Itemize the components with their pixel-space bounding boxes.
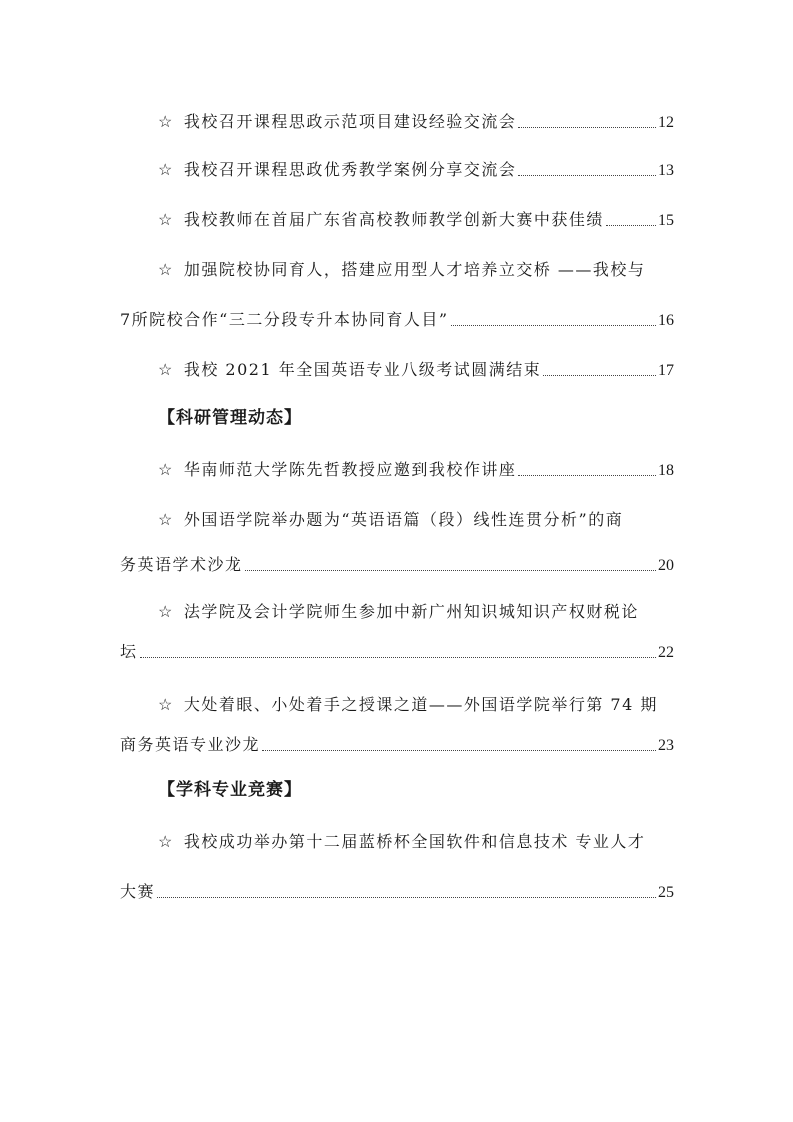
toc-entry[interactable]: ☆华南师范大学陈先哲教授应邀到我校作讲座 18 [158,450,674,480]
dot-leader [543,374,656,376]
dot-leader [245,569,656,571]
toc-entry-line-1[interactable]: ☆加强院校协同育人，搭建应用型人才培养立交桥 ——我校与 [158,250,674,280]
toc-page-number: 12 [658,114,674,132]
toc-page-number: 13 [658,162,674,180]
toc-entry[interactable]: ☆我校召开课程思政优秀教学案例分享交流会 13 [158,150,674,180]
star-bullet-icon: ☆ [158,260,174,279]
toc-entry[interactable]: ☆我校教师在首届广东省高校教师教学创新大赛中获佳绩 15 [158,200,674,230]
toc-entry[interactable]: ☆我校 2021 年全国英语专业八级考试圆满结束 17 [158,350,674,380]
star-bullet-icon: ☆ [158,460,174,479]
toc-entry-line-1[interactable]: ☆我校成功举办第十二届蓝桥杯全国软件和信息技术 专业人才 [158,822,674,852]
section-heading-research: 【科研管理动态】 [158,403,302,428]
toc-entry-title: 华南师范大学陈先哲教授应邀到我校作讲座 [184,460,517,479]
dot-leader [140,656,656,658]
toc-entry-title-cont: 大赛 [120,879,155,902]
toc-page-number: 25 [658,884,674,902]
star-bullet-icon: ☆ [158,160,174,179]
toc-entry-title: 我校召开课程思政示范项目建设经验交流会 [184,112,517,131]
toc-entry-title: 加强院校协同育人，搭建应用型人才培养立交桥 ——我校与 [184,260,646,279]
toc-page-number: 22 [658,644,674,662]
toc-entry-line-1[interactable]: ☆外国语学院举办题为“英语语篇（段）线性连贯分析”的商 [158,500,674,530]
dot-leader [518,474,656,476]
toc-entry-line-2[interactable]: 大赛 25 [120,872,674,902]
toc-entry-line-2[interactable]: 7所院校合作“三二分段专升本协同育人目” 16 [120,300,674,330]
toc-page-number: 20 [658,557,674,575]
toc-entry-title: 外国语学院举办题为“英语语篇（段）线性连贯分析”的商 [184,510,623,529]
toc-entry-title: 大处着眼、小处着手之授课之道——外国语学院举行第 74 期 [184,695,658,714]
dot-leader [518,174,656,176]
star-bullet-icon: ☆ [158,360,174,379]
toc-entry-line-2[interactable]: 坛 22 [120,632,674,662]
toc-entry-title-cont: 坛 [120,639,138,662]
toc-page-number: 16 [658,312,674,330]
dot-leader [262,749,656,751]
star-bullet-icon: ☆ [158,602,174,621]
toc-entry-title: 我校成功举办第十二届蓝桥杯全国软件和信息技术 专业人才 [184,832,646,851]
toc-entry-title-cont: 商务英语专业沙龙 [120,732,260,755]
toc-entry-title-cont: 7所院校合作“三二分段专升本协同育人目” [120,307,449,330]
toc-entry-line-2[interactable]: 商务英语专业沙龙 23 [120,725,674,755]
star-bullet-icon: ☆ [158,112,174,131]
toc-page-number: 23 [658,737,674,755]
dot-leader [518,126,656,128]
dot-leader [451,324,656,326]
toc-page-number: 15 [658,212,674,230]
toc-entry-title: 法学院及会计学院师生参加中新广州知识城知识产权财税论 [184,602,639,621]
star-bullet-icon: ☆ [158,510,174,529]
toc-entry[interactable]: ☆我校召开课程思政示范项目建设经验交流会 12 [158,102,674,132]
star-bullet-icon: ☆ [158,210,174,229]
star-bullet-icon: ☆ [158,832,174,851]
toc-entry-title: 我校 2021 年全国英语专业八级考试圆满结束 [184,360,541,379]
toc-entry-line-1[interactable]: ☆法学院及会计学院师生参加中新广州知识城知识产权财税论 [158,592,674,622]
dot-leader [606,224,656,226]
toc-entry-title: 我校召开课程思政优秀教学案例分享交流会 [184,160,517,179]
toc-entry-line-2[interactable]: 务英语学术沙龙 20 [120,545,674,575]
toc-entry-title-cont: 务英语学术沙龙 [120,552,243,575]
toc-page-number: 18 [658,462,674,480]
toc-entry-title: 我校教师在首届广东省高校教师教学创新大赛中获佳绩 [184,210,604,229]
dot-leader [157,896,656,898]
star-bullet-icon: ☆ [158,695,174,714]
toc-page-number: 17 [658,362,674,380]
toc-entry-line-1[interactable]: ☆大处着眼、小处着手之授课之道——外国语学院举行第 74 期 [158,685,674,715]
section-heading-competition: 【学科专业竞赛】 [158,775,302,800]
